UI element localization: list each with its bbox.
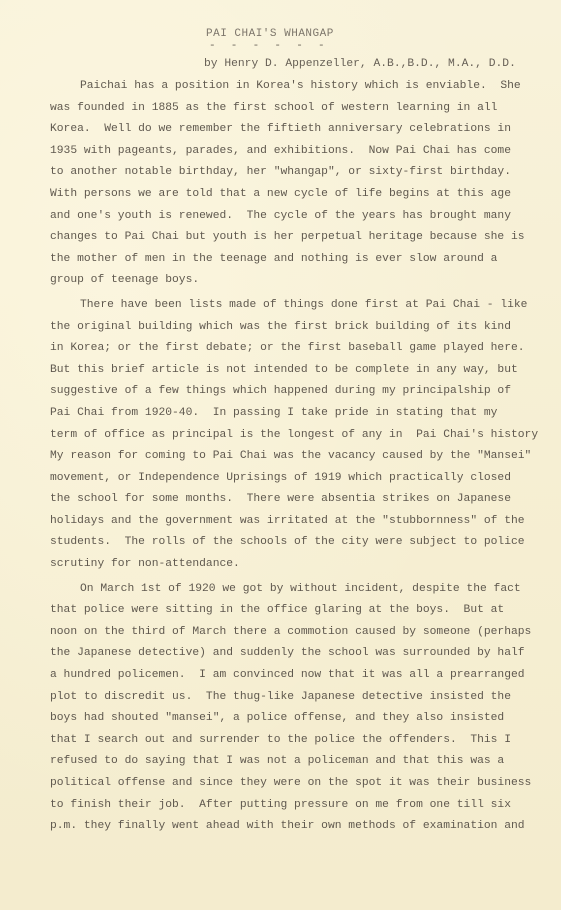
- text-line: With persons we are told that a new cycl…: [50, 184, 555, 206]
- text-line: noon on the third of March there a commo…: [50, 622, 555, 644]
- text-line: There have been lists made of things don…: [50, 295, 555, 317]
- text-line: suggestive of a few things which happene…: [50, 381, 555, 403]
- text-line: My reason for coming to Pai Chai was the…: [50, 446, 555, 468]
- text-line: refused to do saying that I was not a po…: [50, 751, 555, 773]
- text-line: students. The rolls of the schools of th…: [50, 532, 555, 554]
- text-line: p.m. they finally went ahead with their …: [50, 816, 555, 838]
- text-line: the original building which was the firs…: [50, 317, 555, 339]
- text-line: changes to Pai Chai but youth is her per…: [50, 227, 555, 249]
- document-body: Paichai has a position in Korea's histor…: [50, 76, 555, 838]
- text-line: a hundred policemen. I am convinced now …: [50, 665, 555, 687]
- paragraph: On March 1st of 1920 we got by without i…: [50, 579, 555, 838]
- text-line: in Korea; or the first debate; or the fi…: [50, 338, 555, 360]
- title-underline: - - - - - -: [209, 40, 329, 52]
- author-byline: by Henry D. Appenzeller, A.B.,B.D., M.A.…: [204, 58, 516, 70]
- text-line: Paichai has a position in Korea's histor…: [50, 76, 555, 98]
- paragraph: There have been lists made of things don…: [50, 295, 555, 576]
- text-line: term of office as principal is the longe…: [50, 425, 555, 447]
- text-line: But this brief article is not intended t…: [50, 360, 555, 382]
- text-line: On March 1st of 1920 we got by without i…: [50, 579, 555, 601]
- document-title: PAI CHAI'S WHANGAP: [206, 28, 334, 40]
- text-line: political offense and since they were on…: [50, 773, 555, 795]
- document-page: PAI CHAI'S WHANGAP - - - - - - by Henry …: [0, 0, 561, 910]
- paragraph: Paichai has a position in Korea's histor…: [50, 76, 555, 292]
- text-line: the school for some months. There were a…: [50, 489, 555, 511]
- text-line: Pai Chai from 1920-40. In passing I take…: [50, 403, 555, 425]
- text-line: and one's youth is renewed. The cycle of…: [50, 206, 555, 228]
- text-line: boys had shouted "mansei", a police offe…: [50, 708, 555, 730]
- text-line: the mother of men in the teenage and not…: [50, 249, 555, 271]
- text-line: 1935 with pageants, parades, and exhibit…: [50, 141, 555, 163]
- text-line: that I search out and surrender to the p…: [50, 730, 555, 752]
- text-line: group of teenage boys.: [50, 270, 555, 292]
- text-line: to another notable birthday, her "whanga…: [50, 162, 555, 184]
- text-line: the Japanese detective) and suddenly the…: [50, 643, 555, 665]
- text-line: that police were sitting in the office g…: [50, 600, 555, 622]
- text-line: to finish their job. After putting press…: [50, 795, 555, 817]
- text-line: Korea. Well do we remember the fiftieth …: [50, 119, 555, 141]
- text-line: plot to discredit us. The thug-like Japa…: [50, 687, 555, 709]
- text-line: scrutiny for non-attendance.: [50, 554, 555, 576]
- text-line: holidays and the government was irritate…: [50, 511, 555, 533]
- text-line: was founded in 1885 as the first school …: [50, 98, 555, 120]
- text-line: movement, or Independence Uprisings of 1…: [50, 468, 555, 490]
